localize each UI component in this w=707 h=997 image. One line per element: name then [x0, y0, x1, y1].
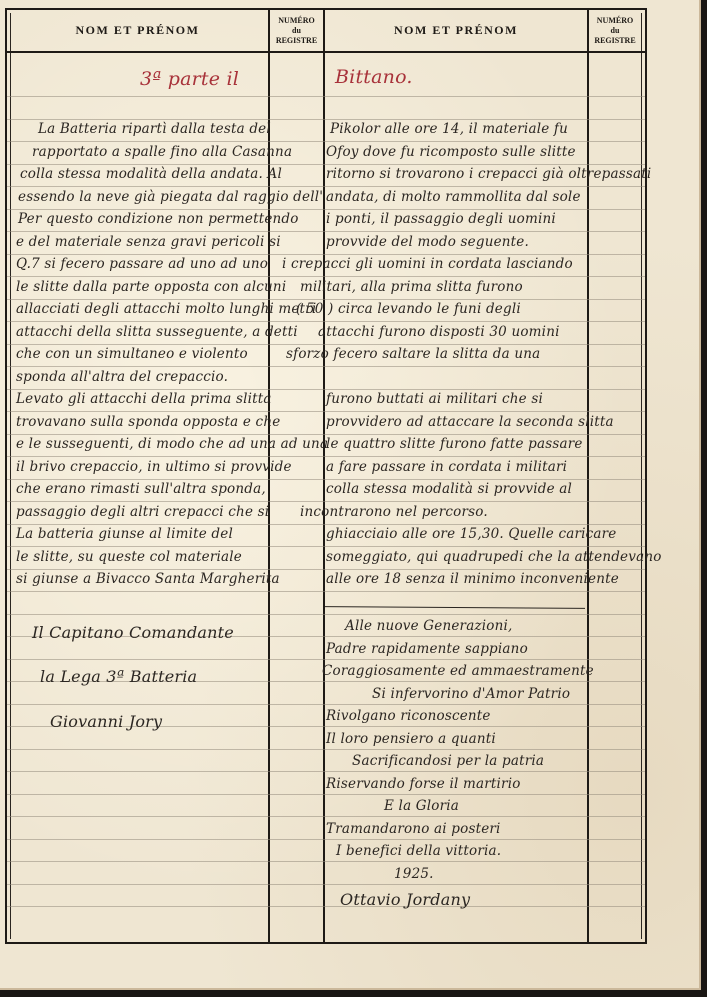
rule-line — [7, 389, 645, 390]
header-number-left-line1: NUMÉRO — [278, 16, 314, 26]
text-line-left: che erano rimasti sull'altra sponda, — [16, 481, 266, 497]
text-line-left: sponda all'altra del crepaccio. — [16, 369, 228, 385]
rule-line — [7, 884, 645, 885]
text-line-right: i ponti, il passaggio degli uomini — [326, 211, 556, 227]
poem-line: Tramandarono ai posteri — [326, 821, 501, 837]
text-line-left: La batteria giunse al limite del — [16, 526, 233, 542]
text-line-left: il brivo crepaccio, in ultimo si provvid… — [16, 459, 292, 475]
title-left: 3ª parte il — [140, 68, 239, 90]
rule-line — [7, 164, 645, 165]
text-line-right: a fare passare in cordata i militari — [326, 459, 567, 475]
rule-line — [7, 276, 645, 277]
header-number-right-line3: REGISTRE — [594, 36, 635, 46]
rule-line — [7, 231, 645, 232]
poem-line: I benefici della vittoria. — [336, 843, 501, 859]
poem-line: Alle nuove Generazioni, — [345, 618, 513, 634]
rule-line — [7, 794, 645, 795]
rule-line — [7, 456, 645, 457]
text-line-left: passaggio degli altri crepacci che si — [16, 504, 269, 520]
rule-line — [7, 299, 645, 300]
poem-line: Sacrificandosi per la patria — [352, 753, 544, 769]
column-divider-2 — [323, 10, 325, 942]
text-line-right: militari, alla prima slitta furono — [300, 279, 523, 295]
text-line-left: e del materiale senza gravi pericoli si — [16, 234, 281, 250]
text-line-left: allacciati degli attacchi molto lunghi m… — [16, 301, 316, 317]
header-number-left-line3: REGISTRE — [276, 36, 317, 46]
rule-line — [7, 771, 645, 772]
rule-line — [7, 344, 645, 345]
rule-line — [7, 546, 645, 547]
text-line-left: le slitte dalla parte opposta con alcuni — [16, 279, 286, 295]
text-line-left: Per questo condizione non permettendo — [18, 211, 299, 227]
text-line-left: rapportato a spalle fino alla Casanna — [32, 144, 292, 160]
signature-left-name: Giovanni Jory — [50, 712, 162, 731]
poem-line: Riservando forse il martirio — [326, 776, 521, 792]
poem-signature: Ottavio Jordany — [340, 890, 470, 909]
rule-line — [7, 704, 645, 705]
rule-line — [7, 254, 645, 255]
text-line-right: andata, di molto rammollita dal sole — [326, 189, 581, 205]
column-divider-3 — [587, 10, 589, 942]
poem-line: Padre rapidamente sappiano — [326, 641, 528, 657]
text-line-left: si giunse a Bivacco Santa Margherita — [16, 571, 280, 587]
poem-line: Rivolgano riconoscente — [326, 708, 491, 724]
rule-line — [7, 186, 645, 187]
text-line-right: ( 50 ) circa levando le funi degli — [296, 301, 521, 317]
signature-left-title: Il Capitano Comandante — [32, 623, 234, 642]
rule-line — [7, 906, 645, 907]
poem-line: Coraggiosamente ed ammaestramente — [322, 663, 594, 679]
rule-line — [7, 209, 645, 210]
text-line-right: furono buttati ai militari che si — [326, 391, 543, 407]
rule-line — [7, 569, 645, 570]
text-line-right: ritorno si trovarono i crepacci già oltr… — [326, 166, 651, 182]
text-line-left: attacchi della slitta susseguente, a det… — [16, 324, 298, 340]
text-line-left: essendo la neve già piegata dal raggio d… — [18, 189, 323, 205]
rule-line — [7, 614, 645, 615]
text-line-right: attacchi furono disposti 30 uomini — [318, 324, 560, 340]
rule-line — [7, 501, 645, 502]
text-line-right: someggiato, qui quadrupedi che la attend… — [326, 549, 662, 565]
rule-line — [7, 434, 645, 435]
rule-line — [7, 659, 645, 660]
header-separator — [7, 51, 645, 53]
poem-year: 1925. — [394, 866, 434, 882]
text-line-left: Q.7 si fecero passare ad uno ad uno — [16, 256, 268, 272]
text-line-right: i crepacci gli uomini in cordata lascian… — [282, 256, 573, 272]
text-line-right: provvidero ad attaccare la seconda slitt… — [326, 414, 614, 430]
text-line-left: colla stessa modalità della andata. Al — [20, 166, 282, 182]
poem-line: Il loro pensiero a quanti — [326, 731, 496, 747]
poem-line: E la Gloria — [384, 798, 459, 814]
rule-line — [7, 524, 645, 525]
text-line-left: La Batteria ripartì dalla testa del — [38, 121, 271, 137]
text-line-right: Pikolor alle ore 14, il materiale fu — [330, 121, 568, 137]
text-line-right: provvide del modo seguente. — [326, 234, 529, 250]
text-line-right: colla stessa modalità si provvide al — [326, 481, 572, 497]
header-number-right: NUMÉRO du REGISTRE — [589, 10, 641, 51]
rule-line — [7, 96, 645, 97]
rule-line — [7, 839, 645, 840]
signature-left-unit: la Lega 3ª Batteria — [40, 667, 197, 686]
text-line-left: trovavano sulla sponda opposta e che — [16, 414, 280, 430]
rule-line — [7, 479, 645, 480]
header-number-left: NUMÉRO du REGISTRE — [270, 10, 323, 51]
rule-line — [7, 141, 645, 142]
rule-line — [7, 366, 645, 367]
header-number-right-line2: du — [611, 26, 620, 36]
text-line-right: ghiacciaio alle ore 15,30. Quelle carica… — [326, 526, 616, 542]
header-number-left-line2: du — [292, 26, 301, 36]
rule-line — [7, 861, 645, 862]
header-name-left: NOM ET PRÉNOM — [7, 10, 268, 51]
rule-line — [7, 749, 645, 750]
text-line-right: le quattro slitte furono fatte passare — [326, 436, 583, 452]
title-right: Bittano. — [335, 66, 413, 88]
text-line-left: Levato gli attacchi della prima slitta — [16, 391, 272, 407]
text-line-left: che con un simultaneo e violento — [16, 346, 248, 362]
header-number-right-line1: NUMÉRO — [597, 16, 633, 26]
text-line-left: le slitte, su queste col materiale — [16, 549, 242, 565]
rule-line — [7, 411, 645, 412]
header-name-right: NOM ET PRÉNOM — [325, 10, 587, 51]
text-line-left: e le susseguenti, di modo che ad una ad … — [16, 436, 328, 452]
rule-line — [7, 591, 645, 592]
text-line-right: Ofoy dove fu ricomposto sulle slitte — [326, 144, 576, 160]
text-line-right: incontrarono nel percorso. — [300, 504, 488, 520]
rule-line — [7, 119, 645, 120]
text-line-right: alle ore 18 senza il minimo inconvenient… — [326, 571, 619, 587]
rule-line — [7, 321, 645, 322]
register-page: NOM ET PRÉNOM NUMÉRO du REGISTRE NOM ET … — [0, 0, 701, 990]
text-line-right: sforzo fecero saltare la slitta da una — [286, 346, 540, 362]
rule-line — [7, 816, 645, 817]
poem-line: Si infervorino d'Amor Patrio — [372, 686, 570, 702]
